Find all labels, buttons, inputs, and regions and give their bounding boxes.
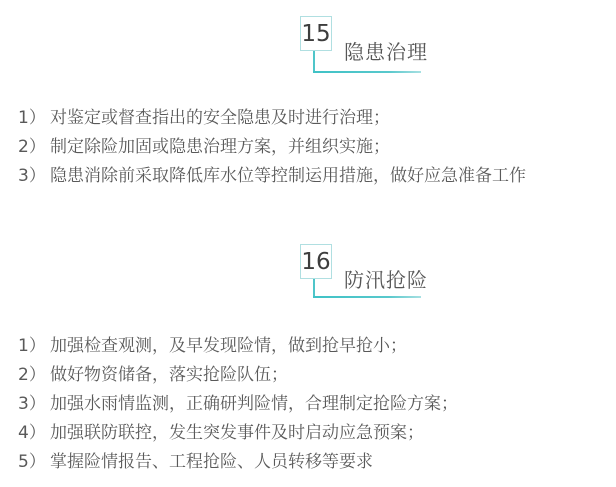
list-item: 5）掌握险情报告、工程抢险、人员转移等要求	[18, 448, 458, 477]
list-item-marker: 4）	[18, 419, 50, 448]
list-item-marker: 3）	[18, 390, 50, 419]
connector-line-horizontal	[313, 296, 421, 298]
list-item-text: 加强检查观测，及早发现险情，做到抢早抢小；	[50, 336, 407, 356]
section-number: 15	[301, 21, 330, 47]
list-item-marker: 1）	[18, 332, 50, 361]
section-title: 隐患治理	[344, 36, 428, 65]
connector-line-vertical	[313, 51, 315, 72]
list-item-text: 对鉴定或督查指出的安全隐患及时进行治理；	[50, 108, 390, 128]
list-item-marker: 1）	[18, 104, 50, 133]
list-item: 3）隐患消除前采取降低库水位等控制运用措施，做好应急准备工作	[18, 162, 526, 191]
list-item-text: 做好物资储备，落实抢险队伍；	[50, 365, 288, 385]
flood-rescue-list: 1）加强检查观测，及早发现险情，做到抢早抢小； 2）做好物资储备，落实抢险队伍；…	[18, 332, 458, 477]
list-item: 1）加强检查观测，及早发现险情，做到抢早抢小；	[18, 332, 458, 361]
connector-line-horizontal	[313, 71, 421, 73]
list-item-text: 加强联防联控，发生突发事件及时启动应急预案；	[50, 423, 424, 443]
list-item-marker: 2）	[18, 361, 50, 390]
list-item-marker: 3）	[18, 162, 50, 191]
section-number-box: 15	[300, 16, 332, 51]
list-item-text: 掌握险情报告、工程抢险、人员转移等要求	[50, 452, 373, 472]
list-item-text: 隐患消除前采取降低库水位等控制运用措施，做好应急准备工作	[50, 166, 526, 186]
list-item: 2）做好物资储备，落实抢险队伍；	[18, 361, 458, 390]
section-title: 防汛抢险	[344, 264, 428, 293]
list-item-text: 制定除险加固或隐患治理方案，并组织实施；	[50, 137, 390, 157]
list-item: 3）加强水雨情监测，正确研判险情，合理制定抢险方案；	[18, 390, 458, 419]
hazard-treatment-list: 1）对鉴定或督查指出的安全隐患及时进行治理； 2）制定除险加固或隐患治理方案，并…	[18, 104, 526, 191]
list-item: 2）制定除险加固或隐患治理方案，并组织实施；	[18, 133, 526, 162]
list-item-marker: 2）	[18, 133, 50, 162]
connector-line-vertical	[313, 279, 315, 297]
list-item: 1）对鉴定或督查指出的安全隐患及时进行治理；	[18, 104, 526, 133]
section-number: 16	[301, 249, 330, 275]
slide-page: 15 隐患治理 1）对鉴定或督查指出的安全隐患及时进行治理； 2）制定除险加固或…	[0, 0, 616, 487]
list-item-marker: 5）	[18, 448, 50, 477]
section-number-box: 16	[300, 244, 332, 279]
list-item-text: 加强水雨情监测，正确研判险情，合理制定抢险方案；	[50, 394, 458, 414]
list-item: 4）加强联防联控，发生突发事件及时启动应急预案；	[18, 419, 458, 448]
